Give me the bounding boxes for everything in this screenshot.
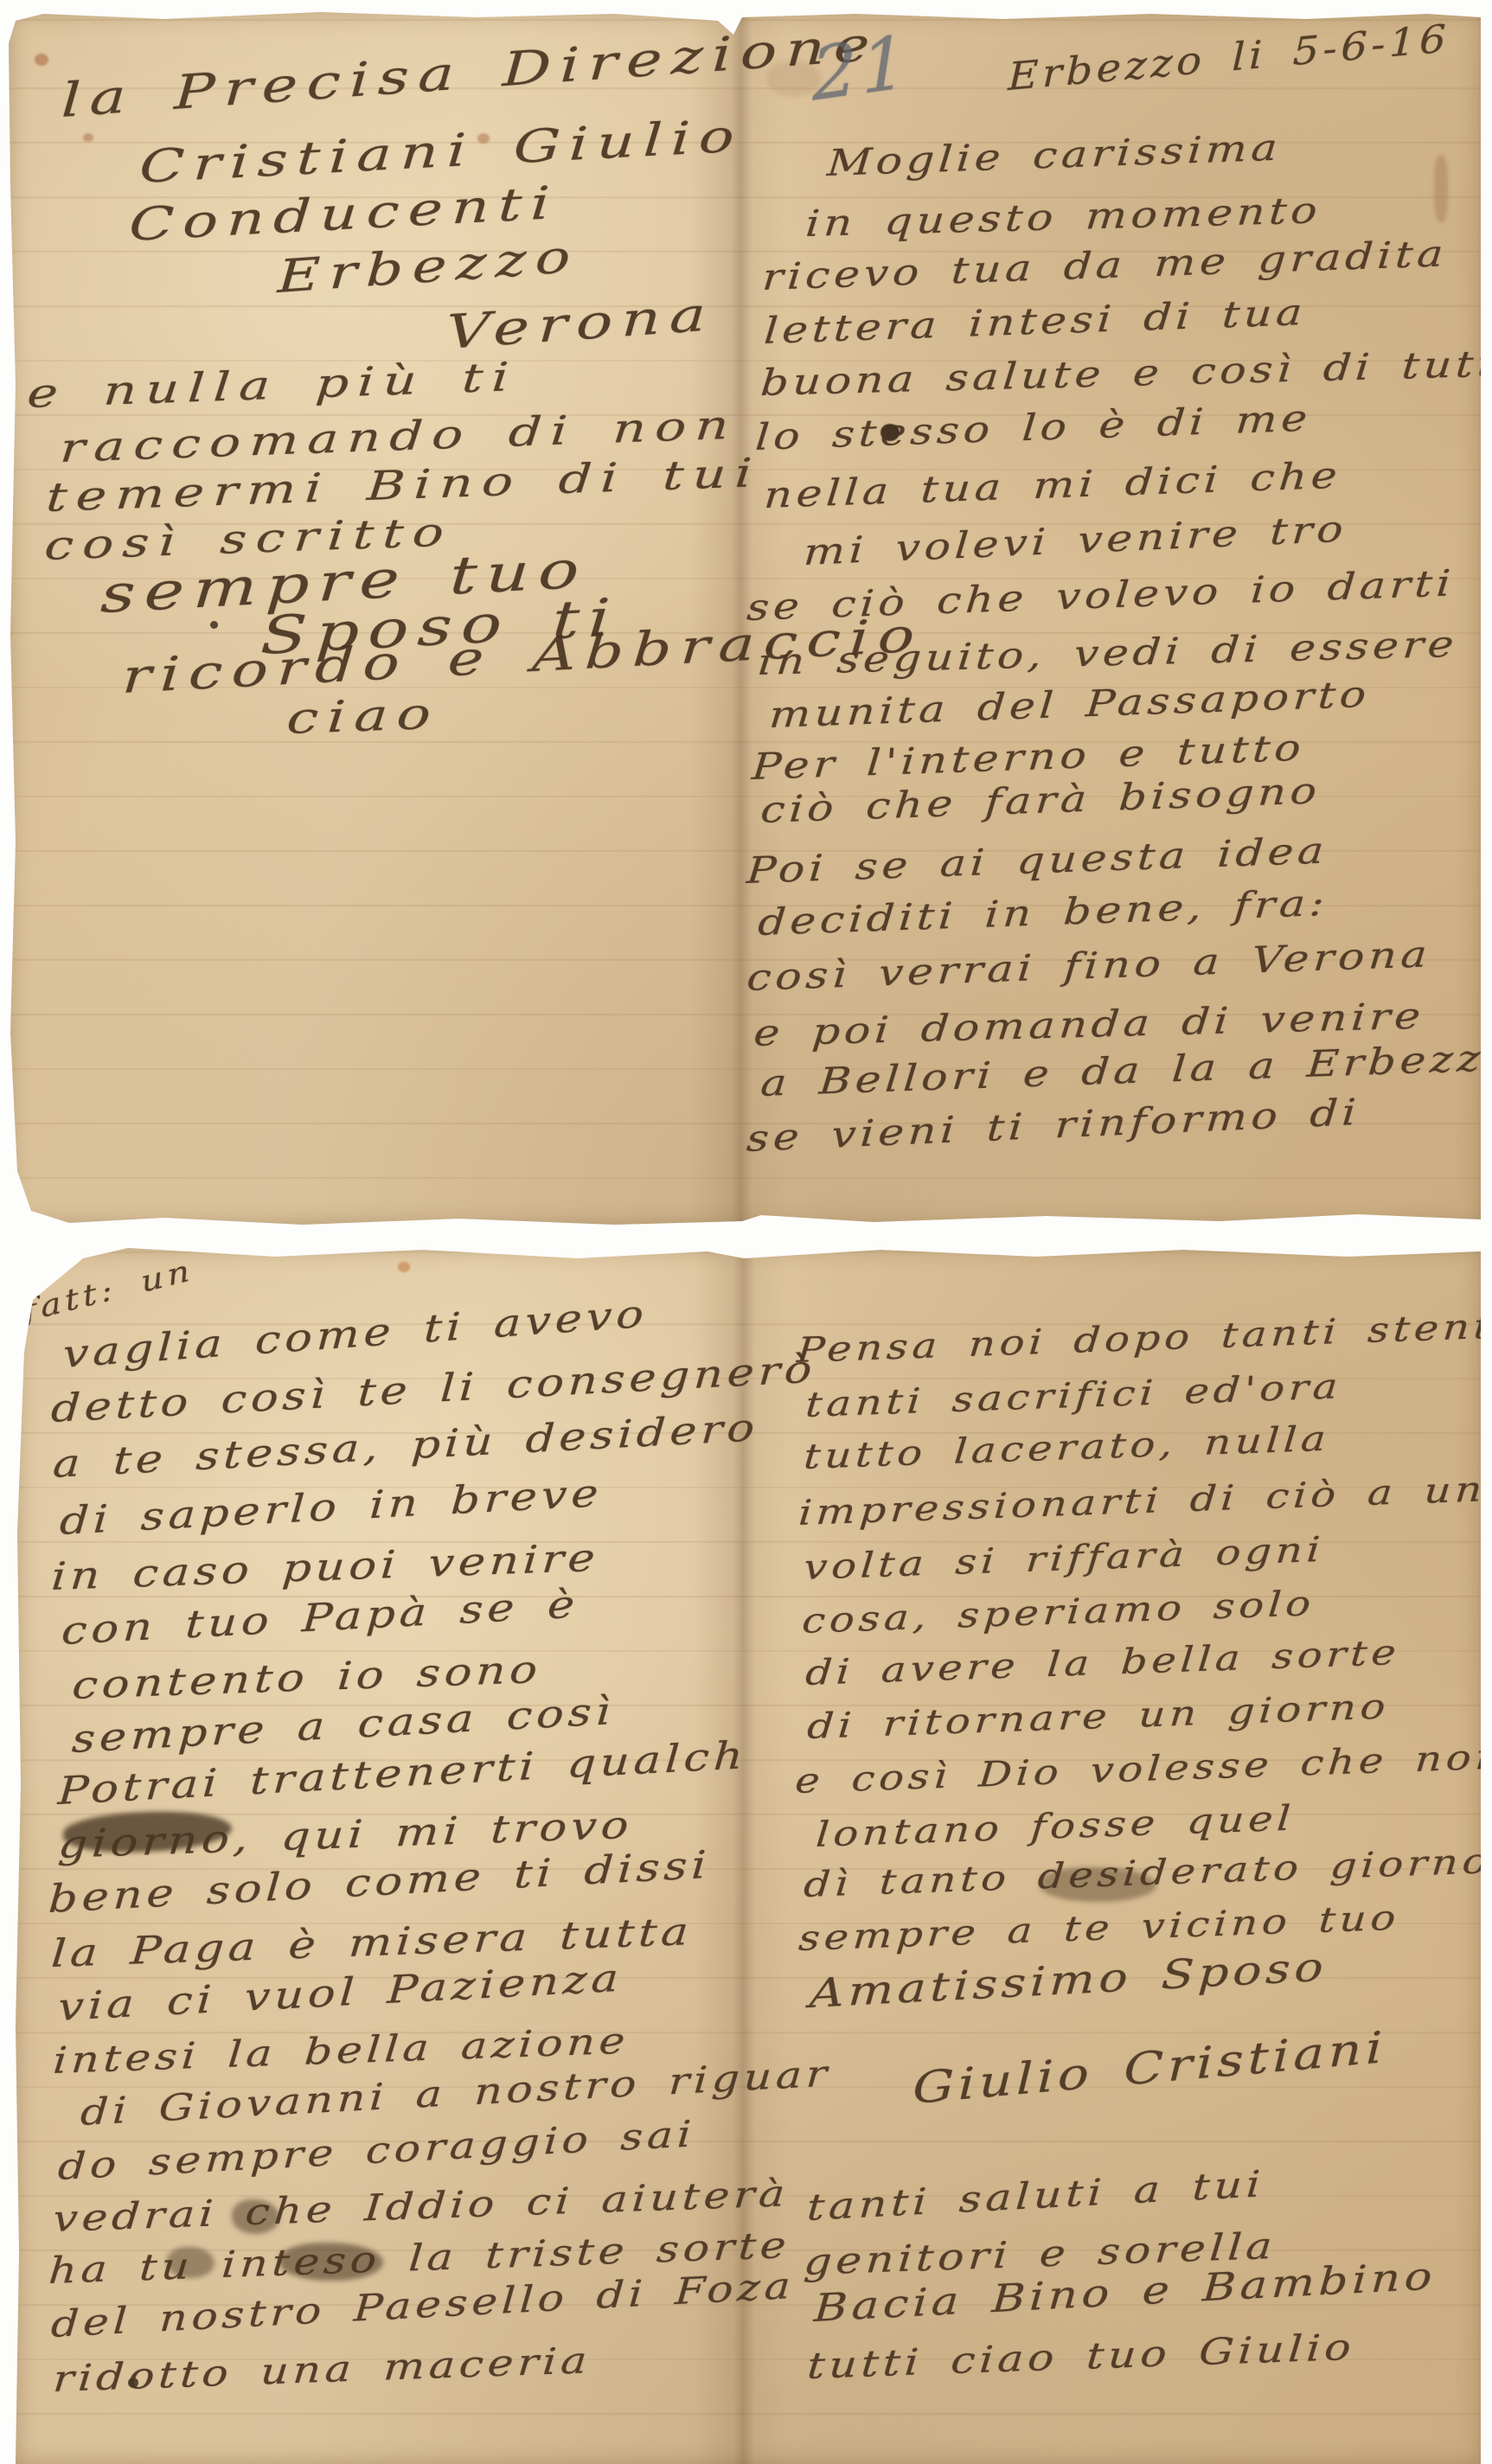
address-line: Verona [445, 291, 715, 356]
handwriting-line: lettera intesi di tua [763, 294, 1308, 349]
handwriting-line: buona salute e così di tutti [759, 345, 1492, 401]
address-line: Cristiani Giulio [138, 113, 744, 190]
handwriting-line: nella tua mi dici che [763, 458, 1342, 514]
handwriting-line: munita del Passaporto [768, 676, 1371, 733]
closing-line: ciao [285, 692, 441, 740]
handwriting-line: di ritornare un giorno [806, 1689, 1391, 1744]
handwriting-line: così verrai fino a Verona [746, 936, 1432, 996]
handwriting-line: se ciò che volevo io darti [746, 565, 1456, 626]
handwriting-line: di saperlo in breve [59, 1475, 603, 1541]
sheet-top: la Precisa Direzione Cristiani Giulio Co… [9, 12, 1481, 1225]
handwriting-line: e nulla più ti [26, 356, 519, 413]
letter-scan: la Precisa Direzione Cristiani Giulio Co… [0, 0, 1492, 2464]
dateline: Erbezzo li 5-6-16 [1008, 20, 1450, 97]
handwriting-line: dì tanto desiderato giorno, [803, 1843, 1492, 1903]
handwriting-line: se vieni ti rinformo di [746, 1094, 1361, 1157]
handwriting-line: impressionarti di ciò a una [797, 1471, 1492, 1531]
handwriting-line: tutto lacerato, nulla [803, 1422, 1331, 1475]
handwriting-line: di avere la bella sorte [804, 1635, 1401, 1691]
stain-streak [1434, 155, 1448, 222]
postscript-line: tanti saluti a tui [806, 2166, 1265, 2226]
handwriting-line: deciditi in bene, fra: [757, 885, 1329, 941]
handwriting-line: tanti sacrifici ed'ora [804, 1369, 1343, 1423]
sheet-bottom: fatt: un vaglia come ti avevo detto così… [16, 1248, 1481, 2464]
postscript-line: tutti ciao tuo Giulio [806, 2329, 1356, 2384]
rust-stain [35, 54, 48, 66]
handwriting-line: cosa, speriamo solo [801, 1586, 1316, 1639]
address-line: Erbezzo [277, 234, 580, 300]
page-number-pencil: 21 [810, 25, 912, 112]
handwriting-line: e così Dio volesse che non [794, 1739, 1492, 1799]
handwriting-line: lontano fosse quel [815, 1802, 1296, 1853]
rust-stain [83, 133, 93, 142]
signature: Giulio Cristiani [912, 2026, 1386, 2110]
closing-line: Amatissimo Sposo [809, 1946, 1329, 2013]
handwriting-line: Poi se ai questa idea [746, 832, 1329, 889]
ink-dot [210, 621, 218, 629]
handwriting-line: volta si riffarà ogni [803, 1533, 1325, 1585]
handwriting-line: ridotto una maceria [52, 2342, 592, 2397]
rust-stain [398, 1262, 410, 1272]
handwriting-line: mi volevi venire tro [803, 510, 1348, 571]
address-line: la Precisa Direzione [61, 21, 880, 125]
handwriting-line: Pensa noi dopo tanti stenti [796, 1309, 1492, 1368]
handwriting-line: ricevo tua da me gradita [761, 235, 1449, 296]
handwriting-line: lo stesso lo è di me [754, 400, 1312, 456]
handwriting-line: in questo momento [804, 192, 1322, 242]
salutation-line: Moglie carissima [826, 130, 1283, 182]
handwriting-line: fatt: un [22, 1255, 195, 1327]
